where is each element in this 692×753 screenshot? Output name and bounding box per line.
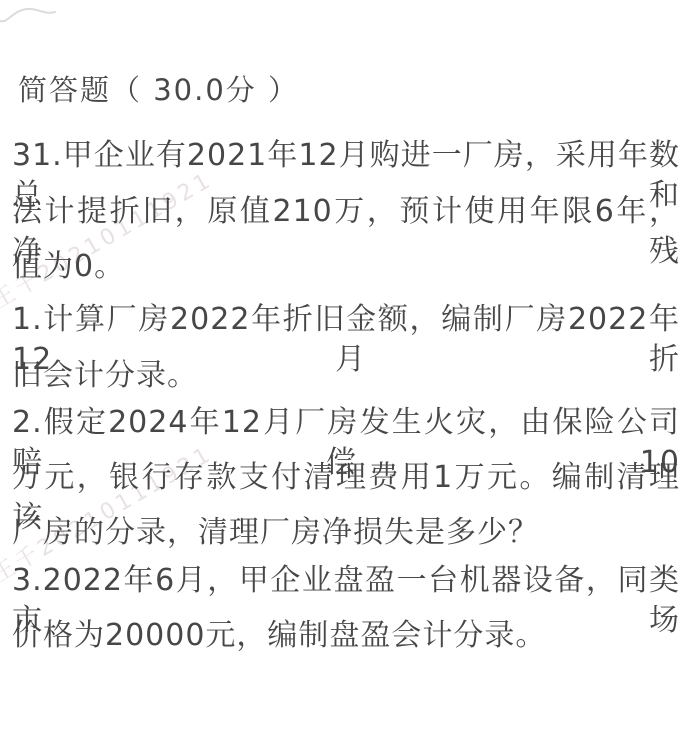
question-text-line: 旧会计分录。: [12, 356, 680, 402]
question-text-line: 31.甲企业有2021年12月购进一厂房，采用年数总和: [12, 136, 680, 182]
question-text-line: 2.假定2024年12月厂房发生火灾，由保险公司赔偿10: [12, 403, 680, 449]
question-text-line: 价格为20000元，编制盘盈会计分录。: [12, 616, 680, 662]
question-text-line: 厂房的分录，清理厂房净损失是多少？: [12, 513, 680, 559]
question-text-line: 值为0。: [12, 247, 680, 293]
question-text-line: 万元，银行存款支付清理费用1万元。编制清理该: [12, 458, 680, 504]
question-text-line: 1.计算厂房2022年折旧金额，编制厂房2022年12月折: [12, 300, 680, 346]
question-text-line: 法计提折旧，原值210万，预计使用年限6年，净残: [12, 192, 680, 238]
section-title: 简答题（ 30.0分 ）: [18, 68, 299, 109]
exam-question-page: 王千20210111921 王千20210111921 简答题（ 30.0分 ）…: [0, 0, 692, 753]
stray-pen-stroke-icon: [0, 2, 64, 30]
question-text-line: 3.2022年6月，甲企业盘盈一台机器设备，同类市场: [12, 561, 680, 607]
